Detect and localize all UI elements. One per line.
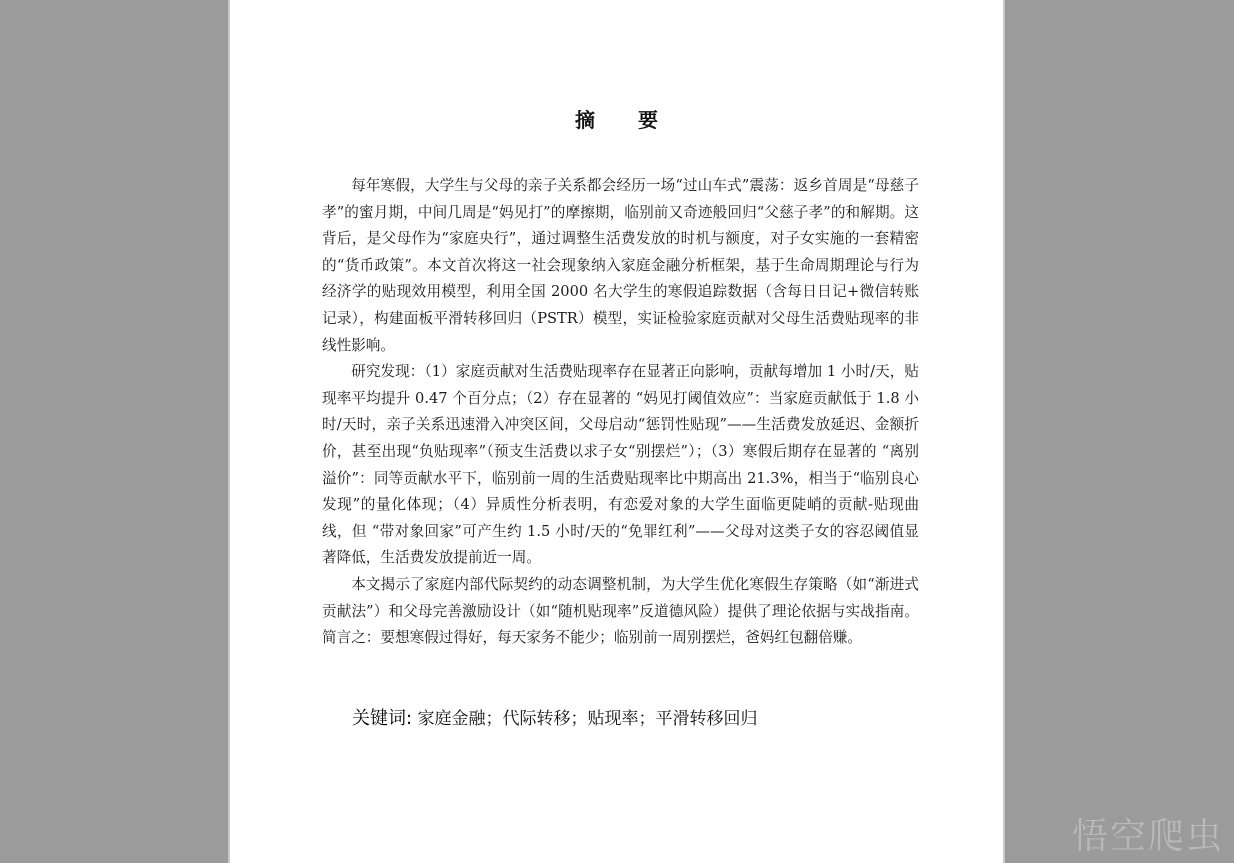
keywords-line: 关键词: 家庭金融；代际转移；贴现率；平滑转移回归 <box>352 704 757 730</box>
abstract-paragraph-3: 本文揭示了家庭内部代际契约的动态调整机制，为大学生优化寒假生存策略（如“渐进式贡… <box>322 572 919 652</box>
keywords-label: 关键词: <box>352 708 412 729</box>
watermark: 悟空爬虫 <box>1072 808 1224 859</box>
abstract-paragraph-1: 每年寒假，大学生与父母的亲子关系都会经历一场“过山车式”震荡：返乡首周是“母慈子… <box>322 173 919 359</box>
keywords-list: 家庭金融；代际转移；贴现率；平滑转移回归 <box>417 709 757 729</box>
abstract-paragraph-2: 研究发现：（1）家庭贡献对生活费贴现率存在显著正向影响，贡献每增加 1 小时/天… <box>322 359 919 572</box>
abstract-body: 每年寒假，大学生与父母的亲子关系都会经历一场“过山车式”震荡：返乡首周是“母慈子… <box>322 173 919 652</box>
document-page: 摘 要 每年寒假，大学生与父母的亲子关系都会经历一场“过山车式”震荡：返乡首周是… <box>228 0 1005 863</box>
abstract-title: 摘 要 <box>230 104 1003 133</box>
